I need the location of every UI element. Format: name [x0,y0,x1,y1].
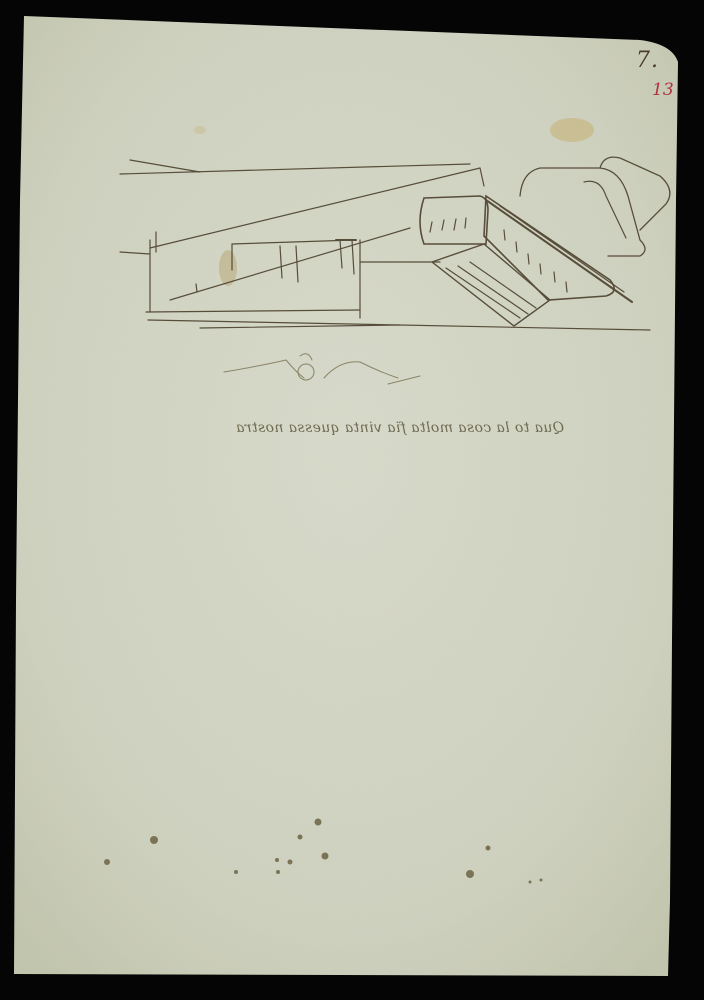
folio-number-red: 13 [652,80,674,100]
mirror-script-inscription: Qua to la cosa molta fia vinta quessa no… [190,420,610,436]
folio-number: 7. [636,48,659,73]
paper-leaf [0,0,704,1000]
manuscript-sheet: 7. 13 Qua to la cosa molta fia vinta que… [0,0,704,1000]
